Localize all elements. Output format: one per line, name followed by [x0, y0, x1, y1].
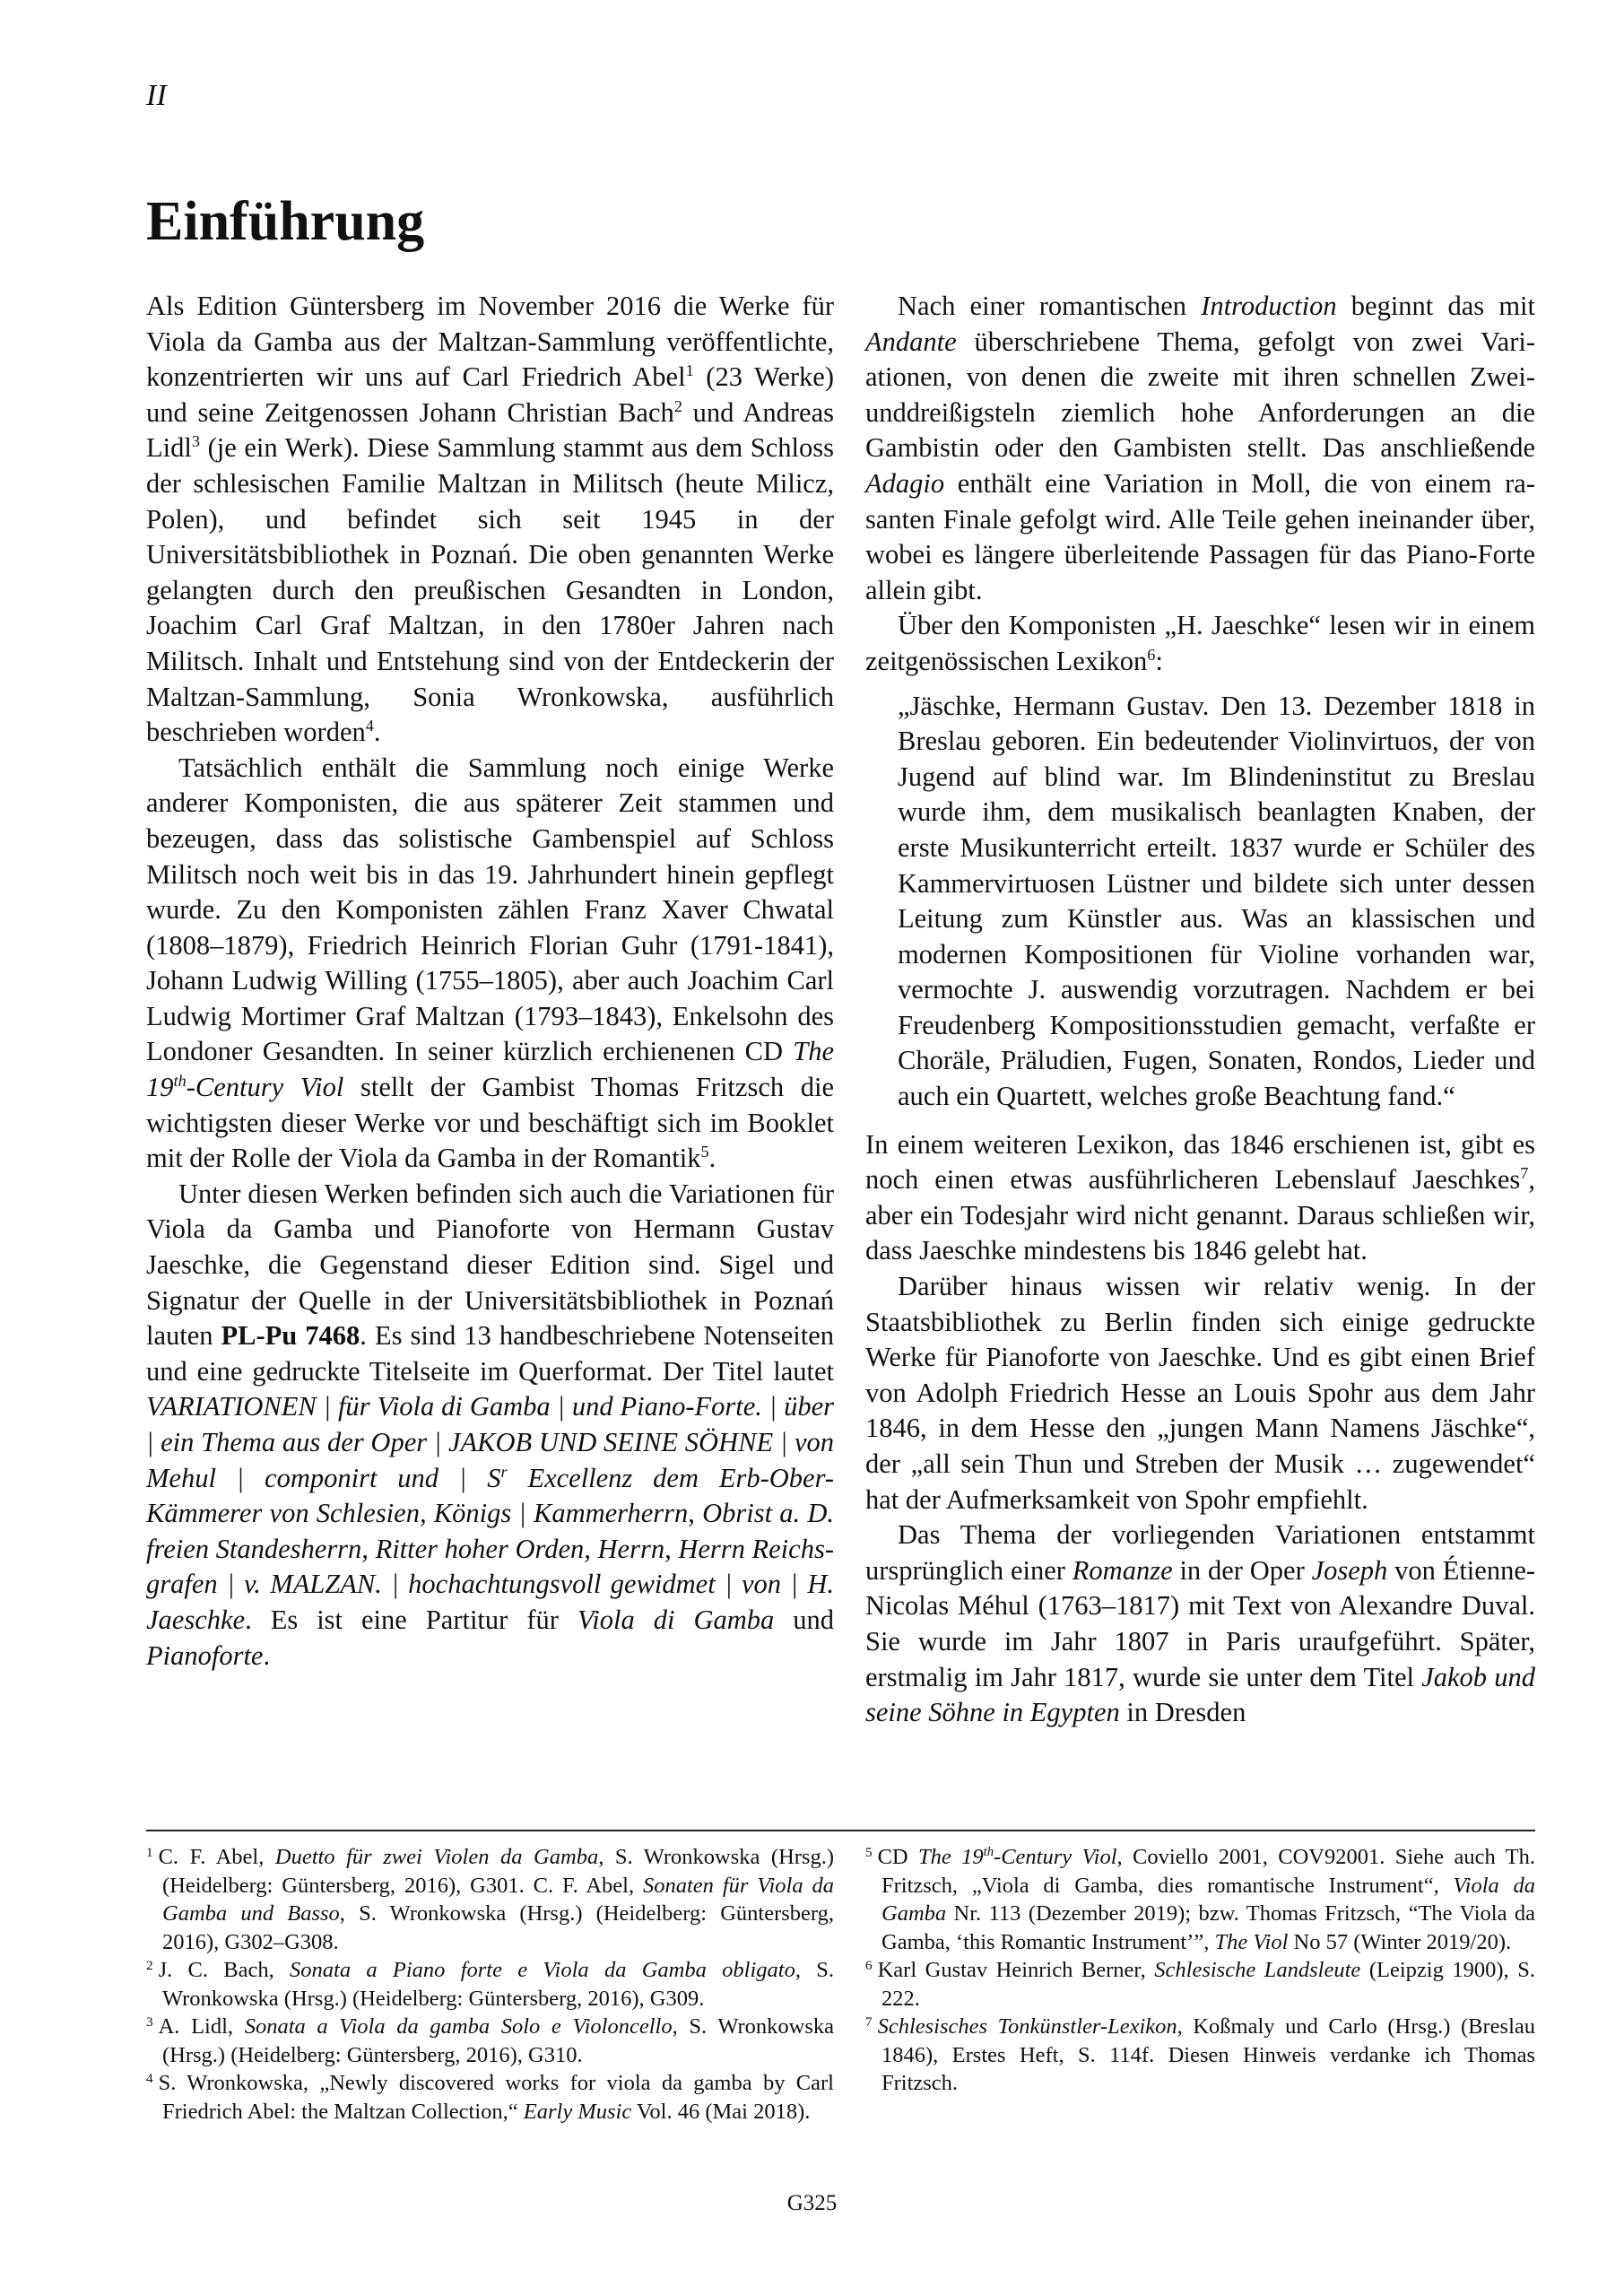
paragraph-3: Unter diesen Werken befinden sich auch d…: [146, 1177, 834, 1674]
paragraph-5: Über den Komponisten „H. Jaeschke“ lesen…: [865, 608, 1535, 679]
body-column-left: Als Edition Güntersberg im November 2016…: [146, 289, 834, 1674]
footnote-5: 5CD The 19th-Century Viol, Coviello 2001…: [865, 1843, 1535, 1956]
page-folio: G325: [0, 2191, 1624, 2216]
paragraph-1: Als Edition Güntersberg im November 2016…: [146, 289, 834, 751]
paragraph-2: Tatsächlich enthält die Sammlung noch ei…: [146, 751, 834, 1177]
block-quote: „Jäschke, Hermann Gustav. Den 13. Dezemb…: [898, 689, 1535, 1115]
footnote-separator: [146, 1830, 1535, 1831]
page-number-roman: II: [146, 79, 167, 113]
footnotes-left: 1C. F. Abel, Duetto für zwei Violen da G…: [146, 1843, 834, 2126]
footnote-2: 2J. C. Bach, Sonata a Piano forte e Viol…: [146, 1956, 834, 2013]
paragraph-4: Nach einer romantischen Introduction beg…: [865, 289, 1535, 608]
footnote-4: 4S. Wronkowska, „Newly discovered works …: [146, 2069, 834, 2126]
footnote-ref-3[interactable]: 3: [192, 432, 200, 450]
footnote-3: 3A. Lidl, Sonata a Viola da gamba Solo e…: [146, 2013, 834, 2069]
footnote-ref-1[interactable]: 1: [686, 361, 694, 379]
footnotes-right: 5CD The 19th-Century Viol, Coviello 2001…: [865, 1843, 1535, 2098]
footnote-1: 1C. F. Abel, Duetto für zwei Violen da G…: [146, 1843, 834, 1956]
paragraph-6: In einem weiteren Lexikon, das 1846 ersc…: [865, 1127, 1535, 1269]
footnote-7: 7Schlesisches Tonkünstler-Lexikon, Koßma…: [865, 2013, 1535, 2098]
footnote-ref-5[interactable]: 5: [700, 1143, 708, 1161]
footnote-6: 6Karl Gustav Heinrich Berner, Schlesisch…: [865, 1956, 1535, 2013]
page-title: Einführung: [146, 190, 424, 254]
shelfmark: PL-Pu 7468: [221, 1320, 360, 1351]
paragraph-8: Das Thema der vorliegenden Variationen e…: [865, 1518, 1535, 1731]
footnote-ref-4[interactable]: 4: [366, 717, 374, 735]
footnote-ref-6[interactable]: 6: [1147, 646, 1155, 664]
body-column-right: Nach einer romantischen Introduction beg…: [865, 289, 1535, 1731]
source-title: VARIATIONEN | für Viola di Gamba | und P…: [146, 1391, 834, 1635]
footnote-ref-2[interactable]: 2: [674, 397, 682, 415]
paragraph-7: Darüber hinaus wissen wir relativ wenig.…: [865, 1269, 1535, 1518]
footnote-ref-7[interactable]: 7: [1520, 1164, 1528, 1182]
